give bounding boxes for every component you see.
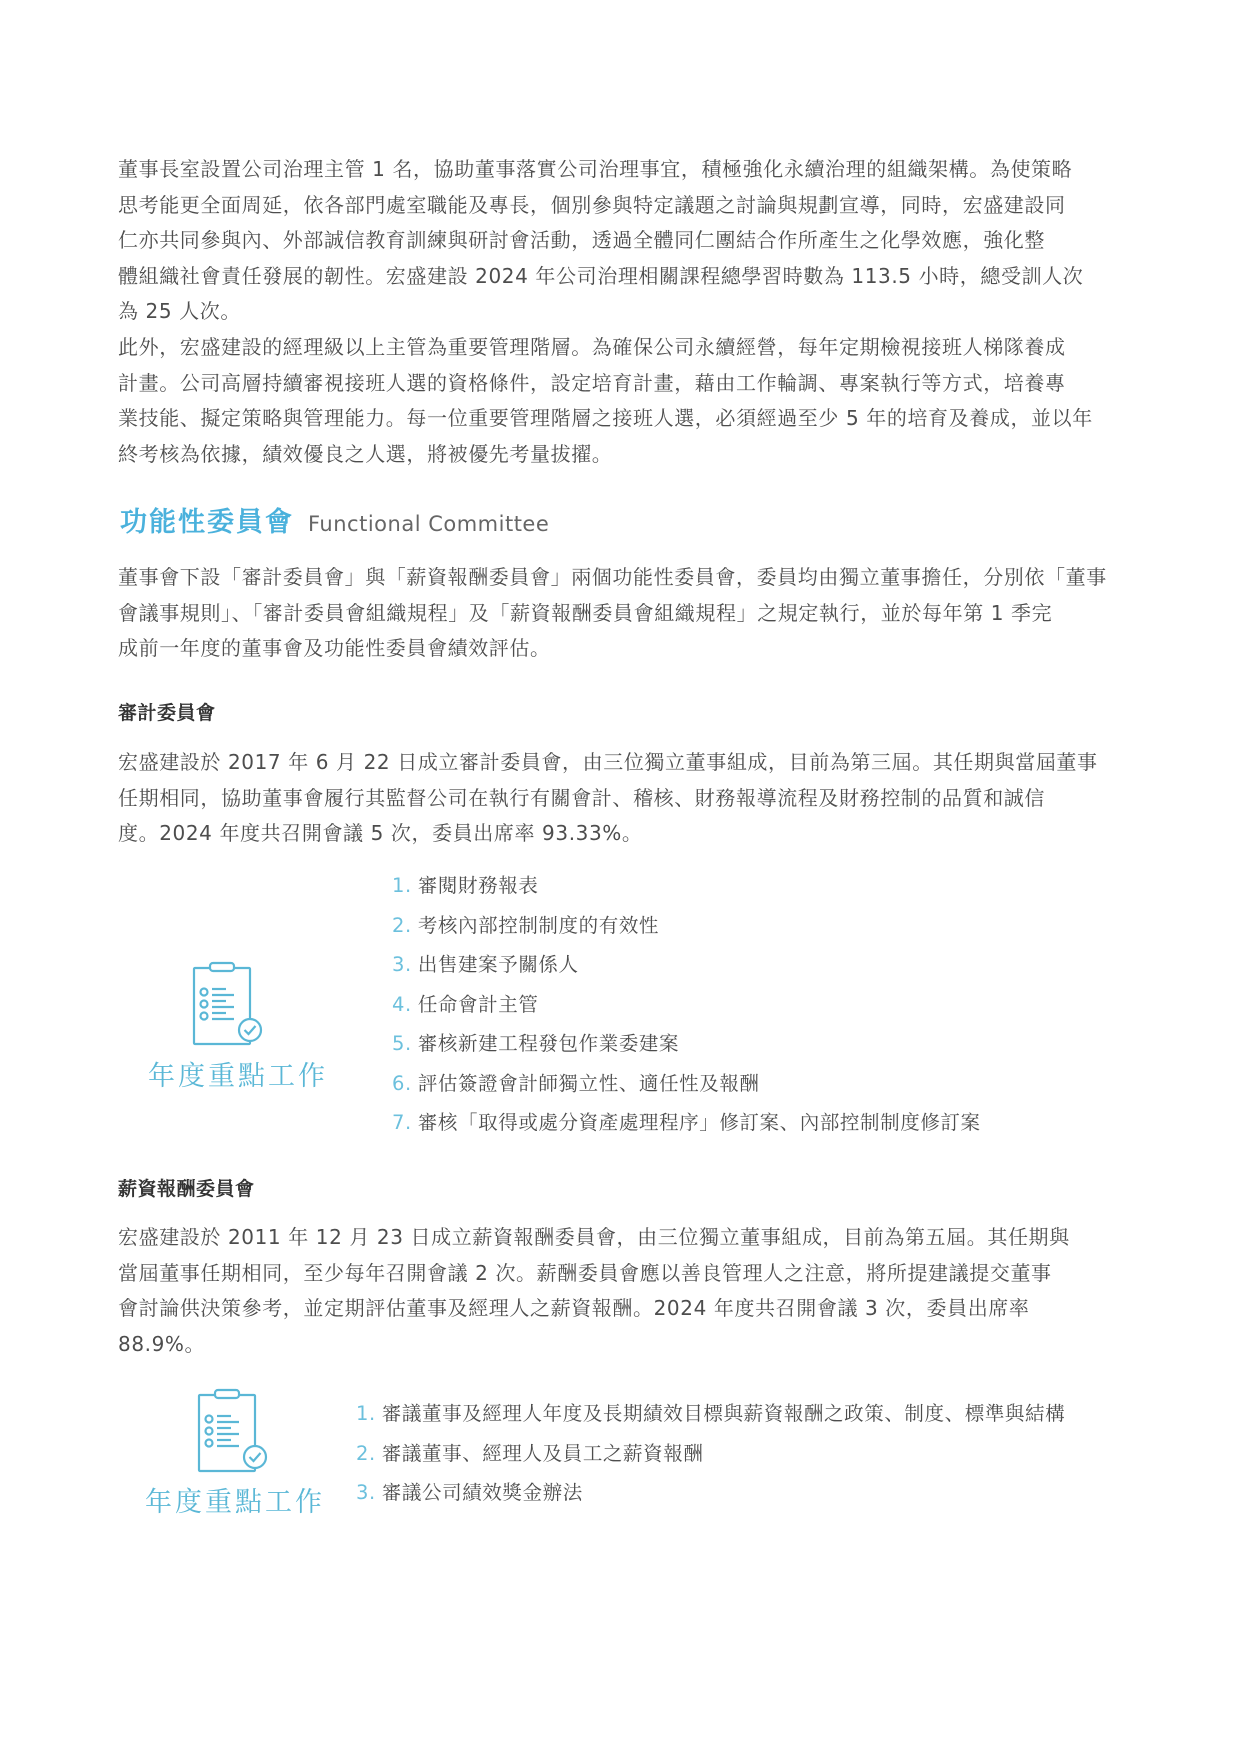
compensation-task-list: 1.審議董事及經理人年度及長期績效目標與薪資報酬之政策、制度、標準與結構 2.審… (356, 1398, 1065, 1517)
list-item: 1.審閱財務報表 (392, 870, 981, 910)
text-line: 為 25 人次。 (118, 294, 1128, 330)
list-item: 6.評估簽證會計師獨立性、適任性及報酬 (392, 1068, 981, 1108)
text-line: 此外，宏盛建設的經理級以上主管為重要管理階層。為確保公司永續經營，每年定期檢視接… (118, 330, 1128, 366)
text-line: 成前一年度的董事會及功能性委員會績效評估。 (118, 631, 1128, 667)
text-line: 計畫。公司高層持續審視接班人選的資格條件，設定培育計畫，藉由工作輪調、專案執行等… (118, 366, 1128, 402)
text-line: 宏盛建設於 2017 年 6 月 22 日成立審計委員會，由三位獨立董事組成，目… (118, 745, 1128, 781)
document-page: 董事長室設置公司治理主管 1 名，協助董事落實公司治理事宜，積極強化永續治理的組… (0, 0, 1241, 1755)
annual-key-tasks-label: 年度重點工作 (148, 1054, 328, 1093)
text-line: 88.9%。 (118, 1327, 1128, 1363)
text-line: 仁亦共同參與內、外部誠信教育訓練與研討會活動，透過全體同仁團結合作所產生之化學效… (118, 223, 1128, 259)
text-line: 董事會下設「審計委員會」與「薪資報酬委員會」兩個功能性委員會，委員均由獨立董事擔… (118, 560, 1128, 596)
list-item: 5.審核新建工程發包作業委建案 (392, 1028, 981, 1068)
list-item: 7.審核「取得或處分資產處理程序」修訂案、內部控制制度修訂案 (392, 1107, 981, 1147)
section-title-zh: 功能性委員會 (120, 500, 294, 539)
list-item: 1.審議董事及經理人年度及長期績效目標與薪資報酬之政策、制度、標準與結構 (356, 1398, 1065, 1438)
list-item: 4.任命會計主管 (392, 989, 981, 1029)
list-item: 3.出售建案予關係人 (392, 949, 981, 989)
list-item: 3.審議公司績效獎金辦法 (356, 1477, 1065, 1517)
text-line: 會議事規則」、「審計委員會組織規程」及「薪資報酬委員會組織規程」之規定執行，並於… (118, 596, 1128, 632)
clipboard-checklist-icon (195, 1385, 277, 1477)
text-line: 董事長室設置公司治理主管 1 名，協助董事落實公司治理事宜，積極強化永續治理的組… (118, 152, 1128, 188)
audit-task-list: 1.審閱財務報表 2.考核內部控制制度的有效性 3.出售建案予關係人 4.任命會… (392, 870, 981, 1147)
list-item: 2.考核內部控制制度的有效性 (392, 910, 981, 950)
intro-paragraph-1: 董事長室設置公司治理主管 1 名，協助董事落實公司治理事宜，積極強化永續治理的組… (118, 152, 1128, 330)
intro-paragraph-2: 此外，宏盛建設的經理級以上主管為重要管理階層。為確保公司永續經營，每年定期檢視接… (118, 330, 1128, 472)
clipboard-checklist-icon (190, 958, 272, 1050)
text-line: 思考能更全面周延，依各部門處室職能及專長，個別參與特定議題之討論與規劃宣導，同時… (118, 188, 1128, 224)
text-line: 度。2024 年度共召開會議 5 次，委員出席率 93.33%。 (118, 816, 1128, 852)
section-title-functional-committee: 功能性委員會 Functional Committee (120, 500, 549, 539)
list-item: 2.審議董事、經理人及員工之薪資報酬 (356, 1438, 1065, 1478)
section-title-en: Functional Committee (308, 512, 549, 536)
compensation-committee-heading: 薪資報酬委員會 (118, 1174, 255, 1201)
compensation-committee-body: 宏盛建設於 2011 年 12 月 23 日成立薪資報酬委員會，由三位獨立董事組… (118, 1220, 1128, 1362)
text-line: 當屆董事任期相同，至少每年召開會議 2 次。薪酬委員會應以善良管理人之注意，將所… (118, 1256, 1128, 1292)
text-line: 體組織社會責任發展的韌性。宏盛建設 2024 年公司治理相關課程總學習時數為 1… (118, 259, 1128, 295)
audit-committee-body: 宏盛建設於 2017 年 6 月 22 日成立審計委員會，由三位獨立董事組成，目… (118, 745, 1128, 852)
audit-committee-heading: 審計委員會 (118, 698, 216, 725)
text-line: 終考核為依據，績效優良之人選，將被優先考量拔擢。 (118, 437, 1128, 473)
text-line: 宏盛建設於 2011 年 12 月 23 日成立薪資報酬委員會，由三位獨立董事組… (118, 1220, 1128, 1256)
functional-committee-intro: 董事會下設「審計委員會」與「薪資報酬委員會」兩個功能性委員會，委員均由獨立董事擔… (118, 560, 1128, 667)
text-line: 任期相同，協助董事會履行其監督公司在執行有關會計、稽核、財務報導流程及財務控制的… (118, 781, 1128, 817)
annual-key-tasks-label: 年度重點工作 (145, 1480, 325, 1519)
text-line: 會討論供決策參考，並定期評估董事及經理人之薪資報酬。2024 年度共召開會議 3… (118, 1291, 1128, 1327)
text-line: 業技能、擬定策略與管理能力。每一位重要管理階層之接班人選，必須經過至少 5 年的… (118, 401, 1128, 437)
